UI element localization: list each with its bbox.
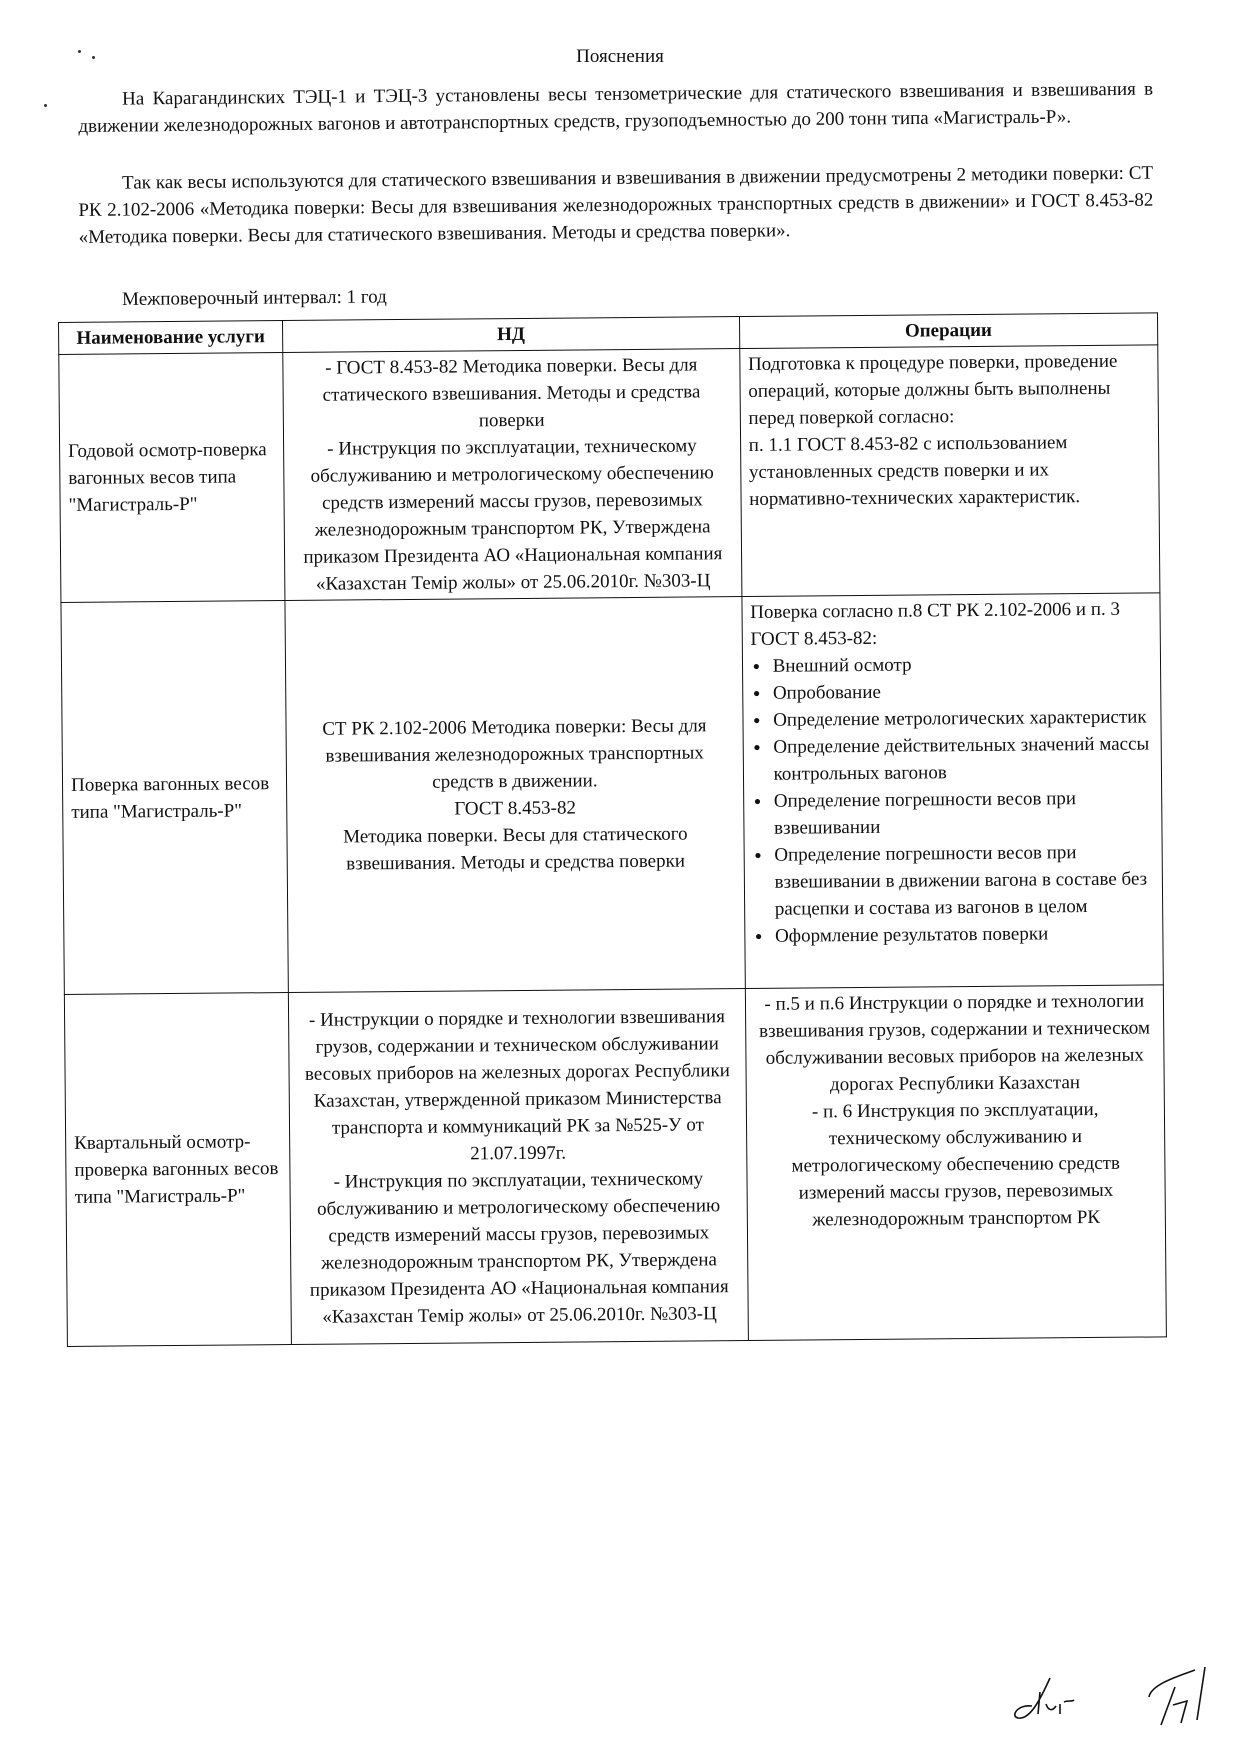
operations-text: п. 1.1 ГОСТ 8.453-82 с использованием ус… [749,428,1151,512]
table-row: Поверка вагонных весов типа "Магистраль-… [61,593,1163,995]
operations-bullet: Определение метрологических характеристи… [751,703,1153,734]
paragraph-methods-text: Так как весы используются для статическо… [78,163,1153,248]
operations-paragraph: - п. 6 Инструкция по эксплуатации, техни… [754,1095,1157,1233]
document-page: Пояснения На Карагандинских ТЭЦ-1 и ТЭЦ-… [0,0,1240,1754]
services-table: Наименование услуги НД Операции Годовой … [58,312,1167,1347]
signature-icon [1145,1665,1215,1730]
operations-bullet: Оформление результатов поверки [753,919,1155,950]
nd-cell: СТ РК 2.102-2006 Методика поверки: Весы … [285,597,745,993]
scan-speck [44,104,47,107]
nd-cell: - Инструкции о порядке и технологии взве… [288,989,748,1345]
paragraph-intro-text: На Карагандинских ТЭЦ-1 и ТЭЦ-3 установл… [78,79,1153,137]
signature-icon [1010,1670,1080,1730]
table-row: Годовой осмотр-поверка вагонных весов ти… [59,345,1160,603]
nd-item: - ГОСТ 8.453-82 Методика поверки. Весы д… [291,351,731,436]
paragraph-methods: Так как весы используются для статическо… [78,160,1154,251]
operations-bullet: Опробование [751,676,1153,707]
operations-bullet: Определение действительных значений масс… [751,730,1153,788]
service-cell: Поверка вагонных весов типа "Магистраль-… [61,601,288,995]
operations-cell: Поверка согласно п.8 СТ РК 2.102-2006 и … [742,593,1164,989]
operations-bullet: Определение погрешности весов при взвеши… [752,838,1154,922]
nd-cell: - ГОСТ 8.453-82 Методика поверки. Весы д… [283,349,742,601]
table-row: Квартальный осмотр-проверка вагонных вес… [64,985,1166,1347]
header-nd: НД [283,317,740,353]
services-table-wrapper: Наименование услуги НД Операции Годовой … [58,312,1167,1347]
operations-intro: Поверка согласно п.8 СТ РК 2.102-2006 и … [750,595,1152,653]
operations-cell: - п.5 и п.6 Инструкции о порядке и техно… [745,985,1166,1341]
operations-intro: Подготовка к процедуре поверки, проведен… [748,347,1150,431]
nd-item: - Инструкции о порядке и технологии взве… [297,1003,738,1169]
paragraph-interval: Межповерочный интервал: 1 год [122,276,1197,313]
header-service: Наименование услуги [59,321,283,355]
document-title: Пояснения [0,46,1240,68]
operations-bullet: Определение погрешности весов при взвеши… [752,784,1154,842]
header-operations: Операции [739,313,1158,349]
operations-bullet: Внешний осмотр [751,649,1153,680]
operations-paragraph: - п.5 и п.6 Инструкции о порядке и техно… [754,987,1156,1098]
service-cell: Годовой осмотр-поверка вагонных весов ти… [59,353,285,603]
service-cell: Квартальный осмотр-проверка вагонных вес… [64,993,291,1347]
nd-item: СТ РК 2.102-2006 Методика поверки: Весы … [295,712,735,797]
paragraph-intro: На Карагандинских ТЭЦ-1 и ТЭЦ-3 установл… [78,76,1153,140]
nd-item: Методика поверки. Весы для статического … [295,820,735,878]
nd-item: ГОСТ 8.453-82 [295,793,735,824]
operations-cell: Подготовка к процедуре поверки, проведен… [739,345,1160,597]
nd-item: - Инструкция по эксплуатации, техническо… [292,432,733,598]
operations-list: Внешний осмотр Опробование Определение м… [751,649,1155,949]
nd-item: - Инструкция по эксплуатации, техническо… [298,1165,739,1331]
